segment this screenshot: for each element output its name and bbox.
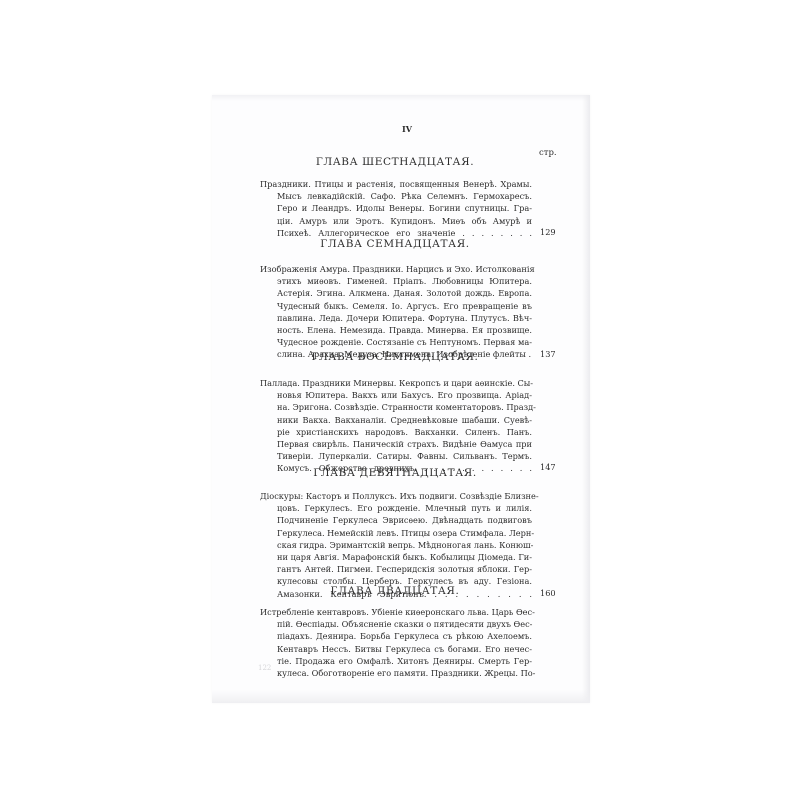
contents-line: Діоскуры: Касторъ и Поллуксъ. Ихъ подвиг… <box>260 490 532 502</box>
contents-line: Мысъ левкадійскій. Сафо. Рѣка Селемнъ. Г… <box>277 190 532 202</box>
contents-line: ціи. Амуръ или Эротъ. Купидонъ. Миѳъ объ… <box>277 215 532 227</box>
chapter-contents: Изображенія Амура. Праздники. Нарцисъ и … <box>260 263 532 361</box>
chapter-page-number: 129 <box>540 227 556 237</box>
chapter-contents: Діоскуры: Касторъ и Поллуксъ. Ихъ подвиг… <box>260 490 532 600</box>
contents-line: ники Вакха. Вакханаліи. Средневѣковые ша… <box>277 414 532 426</box>
chapter-heading: ГЛАВА ВОСЕМНАДЦАТАЯ. <box>245 351 545 363</box>
contents-line: пій. Ѳеспіады. Объясненіе сказки о пятид… <box>277 618 532 630</box>
contents-line: Чудесное рожденіе. Состязаніе съ Нептуно… <box>277 336 532 348</box>
chapter-heading: ГЛАВА СЕМНАДЦАТАЯ. <box>245 238 545 250</box>
contents-line: Подчиненіе Геркулеса Эврисѳею. Двѣнадцат… <box>277 514 532 526</box>
chapter-contents: Праздники. Птицы и растенія, посвященныя… <box>260 178 532 239</box>
page-shadow-top <box>212 95 590 101</box>
contents-line: Первая свирѣль. Паническій страхъ. Видѣн… <box>277 438 532 450</box>
chapter-heading: ГЛАВА ДВАДЦАТАЯ. <box>245 585 545 597</box>
contents-line: Праздники. Птицы и растенія, посвященныя… <box>260 178 532 190</box>
contents-line: Истребленіе кентавровъ. Убіеніе киѳеронс… <box>260 606 532 618</box>
chapter-contents: Истребленіе кентавровъ. Убіеніе киѳеронс… <box>260 606 532 679</box>
contents-line: этихъ миѳовъ. Гименей. Пріапъ. Любовницы… <box>277 275 532 287</box>
contents-line: гантъ Антей. Пигмеи. Гесперидскія золоты… <box>277 563 532 575</box>
page-shadow-right <box>582 95 590 703</box>
contents-line: Кентавръ Нессъ. Битвы Геркулеса съ богам… <box>277 643 532 655</box>
contents-line: Чудесный быкъ. Семеля. Іо. Аргусъ. Его п… <box>277 300 532 312</box>
bleed-through-page-number: 122 <box>258 664 271 672</box>
contents-line: Тиверіи. Луперкаліи. Сатиры. Фавны. Силь… <box>277 450 532 462</box>
contents-line: піадахъ. Деянира. Борьба Геркулеса съ рѣ… <box>277 630 532 642</box>
chapter-heading: ГЛАВА ДЕВЯТНАДЦАТАЯ. <box>245 467 545 479</box>
contents-line: Изображенія Амура. Праздники. Нарцисъ и … <box>260 263 532 275</box>
contents-line: новья Юпитера. Вакхъ или Бахусъ. Его про… <box>277 389 532 401</box>
contents-line: тіе. Продажа его Омфалѣ. Хитонъ Деяниры.… <box>277 655 532 667</box>
contents-line: кулеса. Обоготвореніе его памяти. Праздн… <box>277 667 532 679</box>
page-shadow-bottom <box>212 690 590 703</box>
contents-line: Паллада. Праздники Минервы. Кекропсъ и ц… <box>260 377 532 389</box>
page-number-roman: IV <box>395 124 419 134</box>
contents-line: ни царя Авгія. Марафонскій быкъ. Кобылиц… <box>277 551 532 563</box>
contents-line: на. Эригона. Созвѣздіе. Странности комен… <box>277 401 532 413</box>
contents-line: Геркулеса. Немейскій левъ. Птицы озера С… <box>277 527 532 539</box>
contents-line: Геро и Леандръ. Идолы Венеры. Богини спу… <box>277 202 532 214</box>
chapter-heading: ГЛАВА ШЕСТНАДЦАТАЯ. <box>245 156 545 168</box>
contents-line: ріе христіанскихъ народовъ. Вакханки. Си… <box>277 426 532 438</box>
chapter-contents: Паллада. Праздники Минервы. Кекропсъ и ц… <box>260 377 532 475</box>
contents-line: цовъ. Геркулесъ. Его рожденіе. Млечный п… <box>277 502 532 514</box>
contents-line: Астерія. Эгина. Алкмена. Даная. Золотой … <box>277 287 532 299</box>
contents-line: павлина. Леда. Дочери Юпитера. Фортуна. … <box>277 312 532 324</box>
contents-line: ская гидра. Эримантскій вепрь. Мѣднонога… <box>277 539 532 551</box>
contents-line: ность. Елена. Немезида. Правда. Минерва.… <box>277 324 532 336</box>
